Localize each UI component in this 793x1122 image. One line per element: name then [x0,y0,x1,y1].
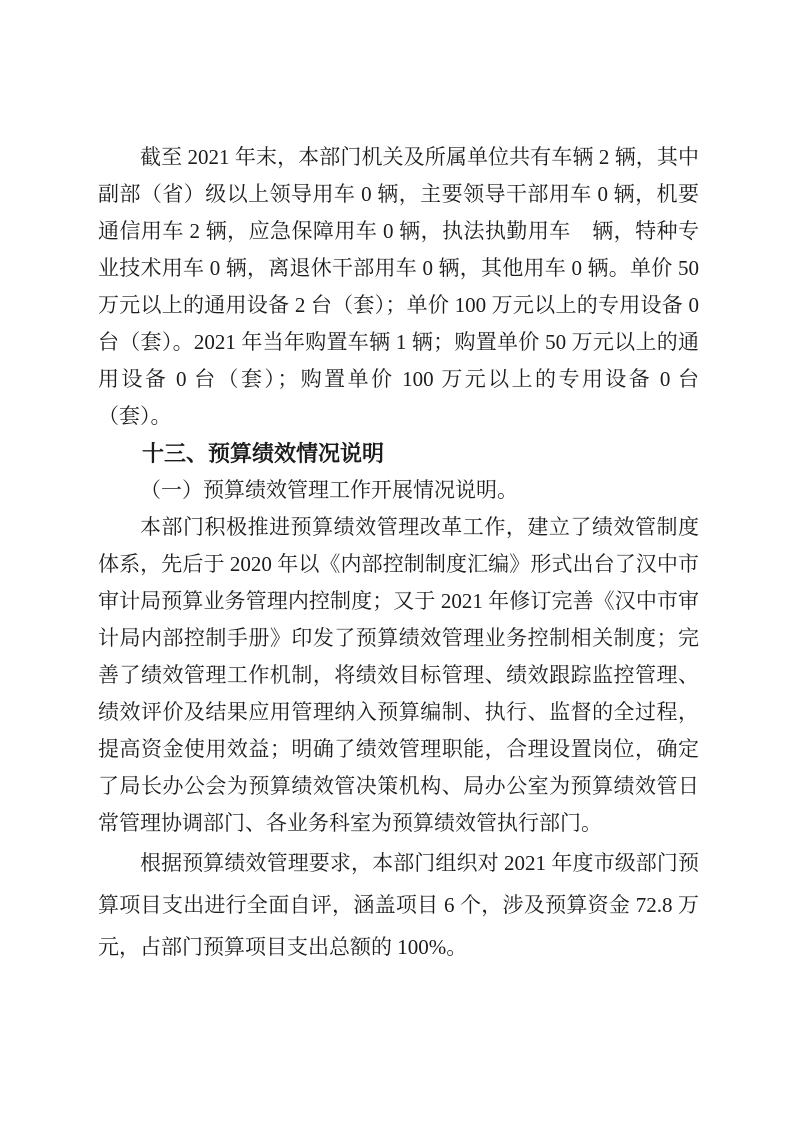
subsection-heading-performance: （一）预算绩效管理工作开展情况说明。 [98,472,699,509]
document-text-block: 截至 2021 年末，本部门机关及所属单位共有车辆 2 辆，其中副部（省）级以上… [98,139,699,968]
para-performance-management: 本部门积极推进预算绩效管理改革工作，建立了绩效管制度体系，先后于 2020 年以… [98,509,699,842]
document-page: 截至 2021 年末，本部门机关及所属单位共有车辆 2 辆，其中副部（省）级以上… [0,0,793,1122]
section-heading-13: 十三、预算绩效情况说明 [98,435,699,472]
para-self-evaluation: 根据预算绩效管理要求，本部门组织对 2021 年度市级部门预算项目支出进行全面自… [98,842,699,968]
para-vehicles-and-equipment: 截至 2021 年末，本部门机关及所属单位共有车辆 2 辆，其中副部（省）级以上… [98,139,699,435]
